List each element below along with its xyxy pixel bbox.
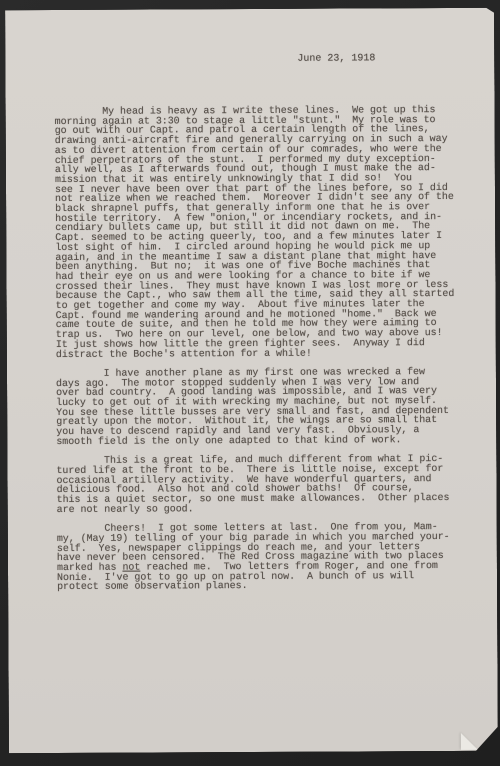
folded-corner-icon [461,733,478,750]
letter-paragraph: My head is heavy as I write these lines.… [55,106,466,360]
letter-line: smooth field is the only one adapted to … [56,436,466,448]
letter-line: protect some observation planes. [57,581,467,593]
letter-paragraph: Cheers! I got some letters at last. One … [57,523,467,593]
letter-page: June 23, 1918 My head is heavy as I writ… [5,8,498,754]
letter-line: are not nearly so good. [57,504,467,516]
letter-line: distract the Boche's attention for a whi… [56,348,466,360]
letter-date: June 23, 1918 [297,53,375,64]
letter-paragraph: I have another plane as my first one was… [56,368,466,448]
scan-background: June 23, 1918 My head is heavy as I writ… [0,0,500,766]
letter-paragraph: This is a great life, and much different… [56,455,466,515]
letter-body: My head is heavy as I write these lines.… [55,106,468,603]
